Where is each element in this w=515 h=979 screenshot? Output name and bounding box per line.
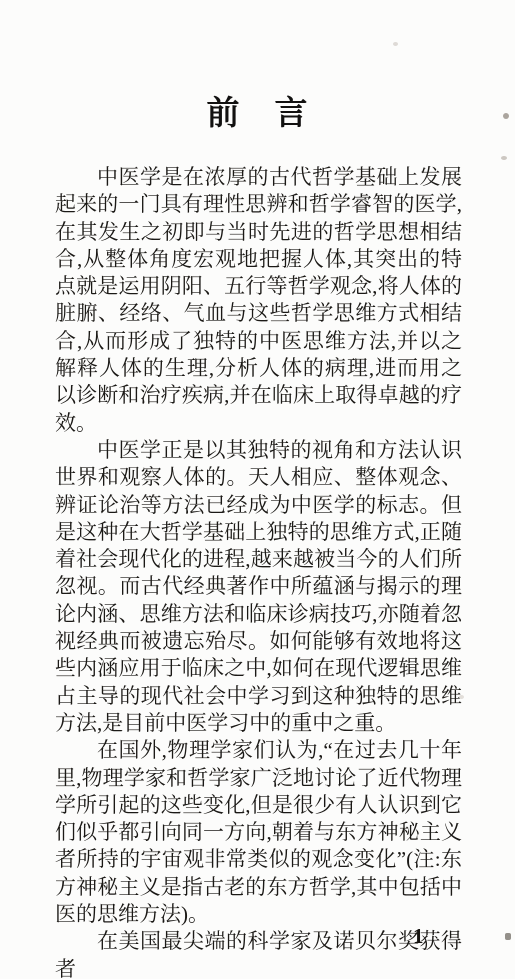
scan-artifact bbox=[393, 42, 398, 46]
preface-body: 中医学是在浓厚的古代哲学基础上发展起来的一门具有理性思辨和哲学睿智的医学,在其发… bbox=[55, 164, 462, 979]
preface-paragraph-2: 中医学正是以其独特的视角和方法认识世界和观察人体的。天人相应、整体观念、辨证论治… bbox=[55, 437, 462, 737]
scan-artifact bbox=[505, 933, 511, 940]
scan-artifact bbox=[503, 113, 509, 119]
scan-artifact bbox=[459, 695, 464, 699]
preface-paragraph-4: 在美国最尖端的科学家及诺贝尔奖获得者 bbox=[55, 928, 462, 979]
page-title: 前 言 bbox=[54, 0, 461, 132]
scan-artifact bbox=[501, 156, 507, 160]
preface-paragraph-1: 中医学是在浓厚的古代哲学基础上发展起来的一门具有理性思辨和哲学睿智的医学,在其发… bbox=[55, 164, 462, 437]
book-page: 前 言 中医学是在浓厚的古代哲学基础上发展起来的一门具有理性思辨和哲学睿智的医学… bbox=[0, 0, 515, 979]
preface-paragraph-3: 在国外,物理学家们认为,“在过去几十年里,物理学家和哲学家广泛地讨论了近代物理学… bbox=[55, 737, 462, 928]
page-number: 1 bbox=[413, 924, 424, 949]
